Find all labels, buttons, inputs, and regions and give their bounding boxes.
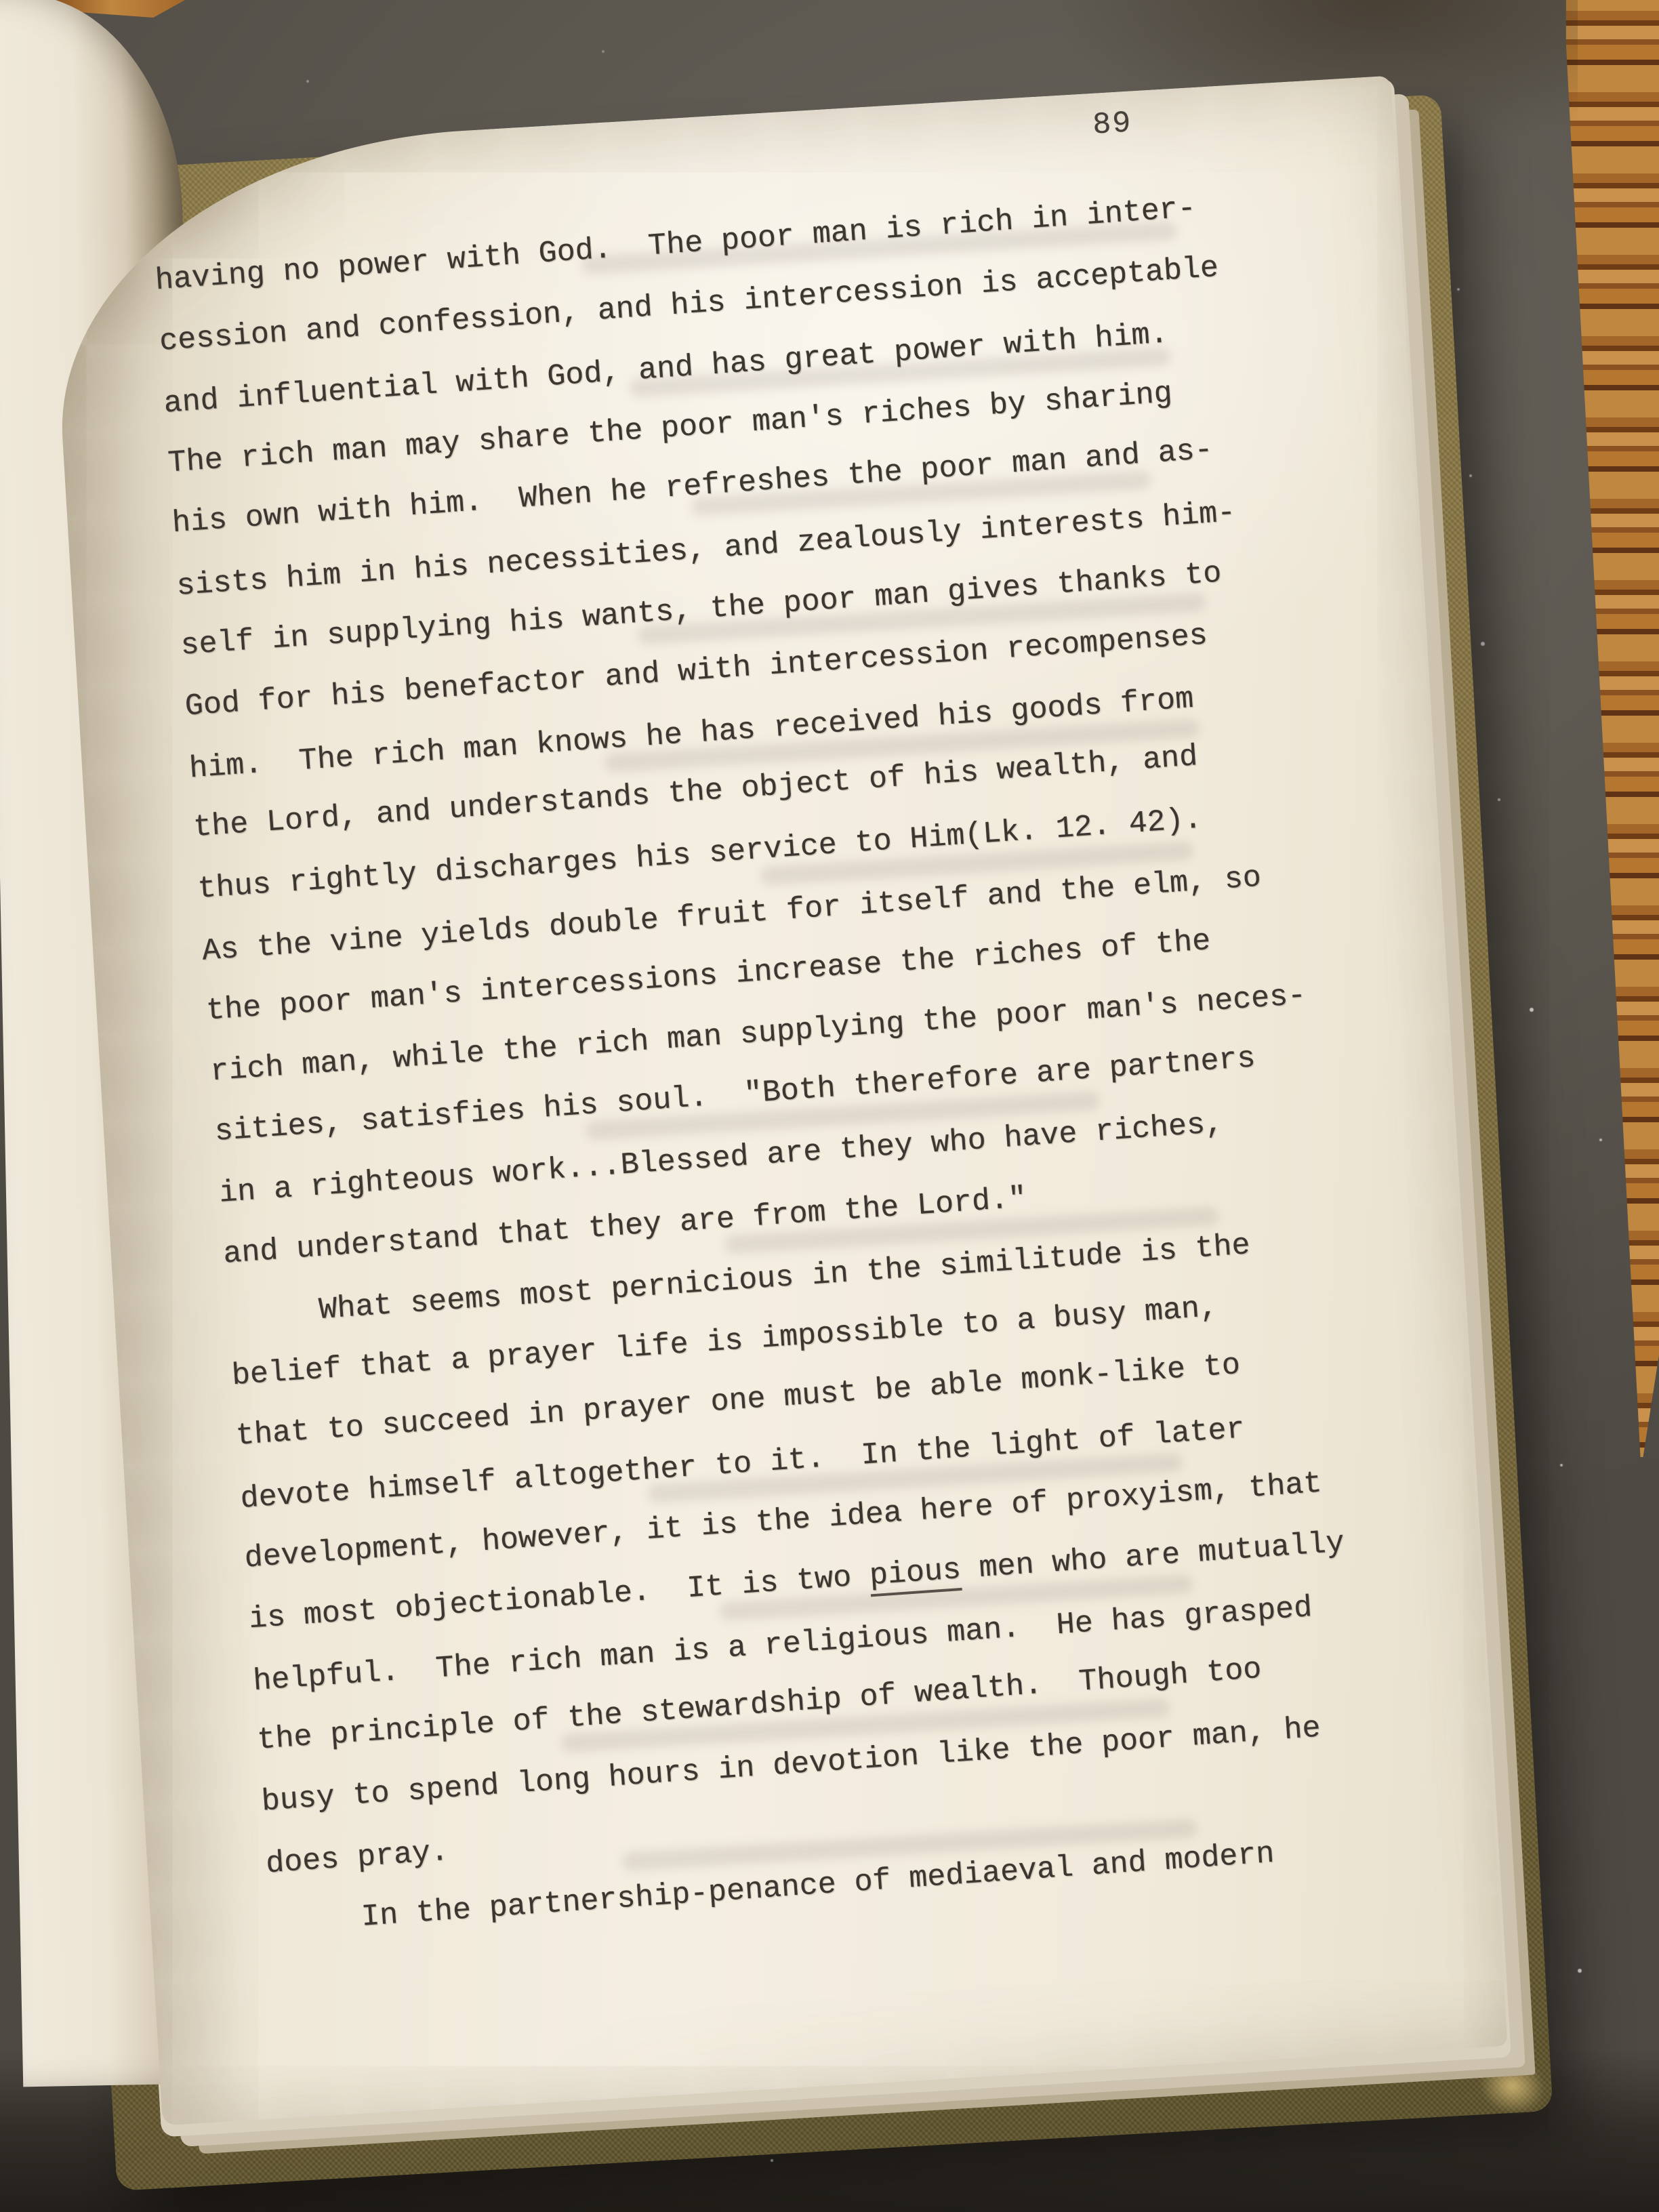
photo-typewritten-manuscript: { "page": { "number": "89", "lines": [ "…	[0, 0, 1659, 2212]
typewritten-text: having no power with God. The poor man i…	[153, 171, 1422, 1954]
text-segment: men who are mutually	[960, 1525, 1345, 1586]
underlined-word: pious	[868, 1553, 962, 1597]
manuscript-page: 89 having no power with God. The poor ma…	[45, 76, 1507, 2126]
page-number: 89	[1092, 106, 1133, 142]
